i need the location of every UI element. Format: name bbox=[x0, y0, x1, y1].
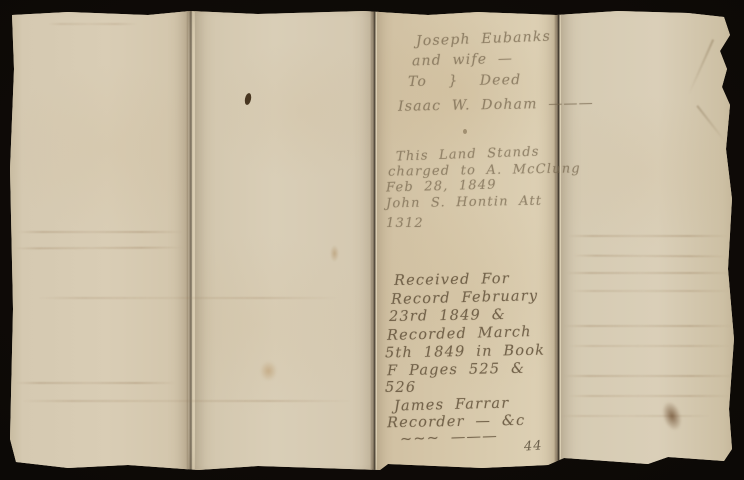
handwriting-area: Joseph Eubanks and wife — To } Deed Isaa… bbox=[8, 9, 737, 473]
record-line-1: Received For bbox=[394, 271, 510, 289]
document-paper: Joseph Eubanks and wife — To } Deed Isaa… bbox=[8, 9, 737, 473]
record-line-3: 23rd 1849 & bbox=[389, 307, 506, 325]
page-number: 44 bbox=[523, 438, 543, 454]
record-line-2: Record February bbox=[391, 288, 539, 308]
recorder-name-line: James Farrar bbox=[394, 395, 510, 414]
record-line-7: 526 bbox=[385, 380, 416, 396]
record-line-5: 5th 1849 in Book bbox=[385, 343, 545, 362]
deed-type-line: To } Deed bbox=[408, 72, 522, 90]
flourish-line: ~~~ ——— bbox=[400, 428, 498, 447]
attorney-name-line: John S. Hontin Att bbox=[386, 194, 543, 212]
recorder-title-line: Recorder — &c bbox=[387, 413, 526, 431]
scan-background: Joseph Eubanks and wife — To } Deed Isaa… bbox=[0, 0, 744, 480]
record-line-6: F Pages 525 & bbox=[387, 361, 525, 379]
record-line-4: Recorded March bbox=[387, 324, 532, 344]
grantee-name-line: Isaac W. Doham ——— bbox=[398, 95, 594, 114]
charge-number-line: 1312 bbox=[386, 216, 424, 231]
grantor-name-line: Joseph Eubanks bbox=[416, 29, 551, 50]
grantor-wife-line: and wife — bbox=[412, 51, 514, 70]
charge-date-line: Feb 28, 1849 bbox=[386, 178, 497, 196]
